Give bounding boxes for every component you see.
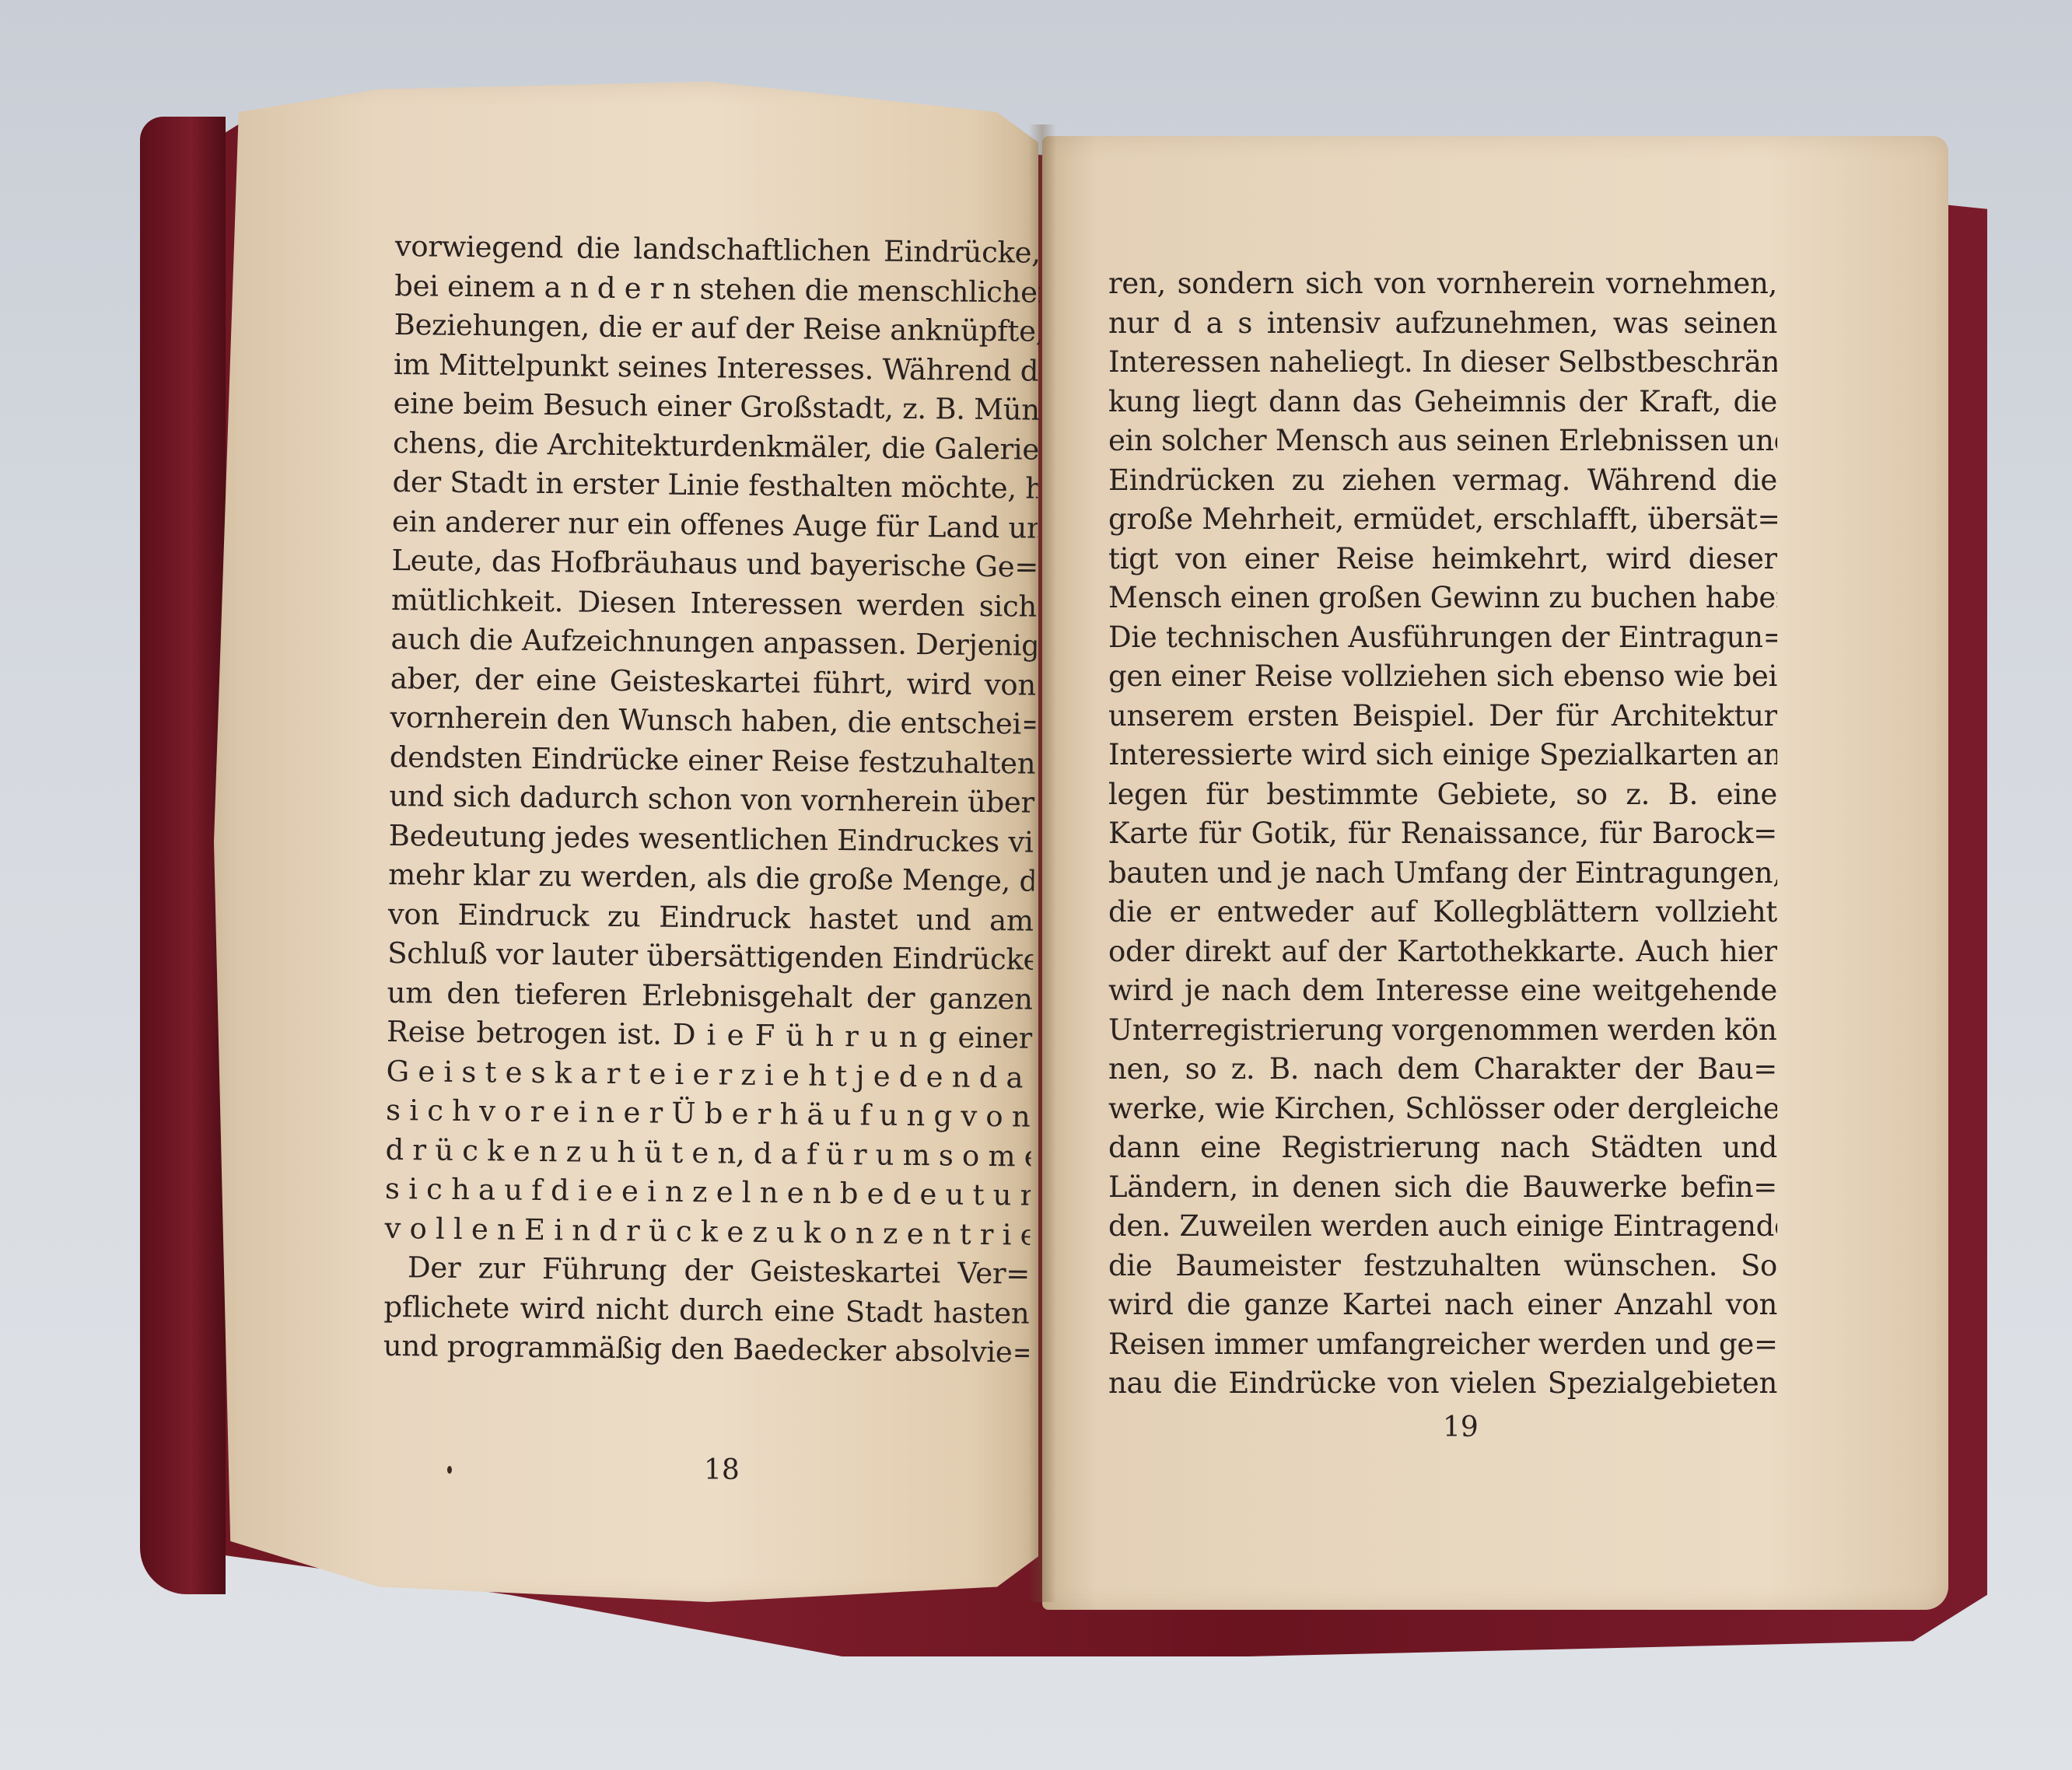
page-number-right: 19 — [1443, 1411, 1479, 1443]
open-book-photo: vorwiegend die landschaftlichen Eindrück… — [0, 0, 2072, 1770]
text-line: Interessen naheliegt. In dieser Selbstbe… — [1108, 343, 1777, 383]
cover-edge-left — [140, 117, 226, 1594]
text-line: gen einer Reise vollziehen sich ebenso w… — [1108, 657, 1777, 697]
left-page-text: vorwiegend die landschaftlichen Eindrück… — [383, 227, 1041, 1373]
text-line: Reise betrogen ist. D i e F ü h r u n g … — [387, 1013, 1032, 1058]
text-line: große Mehrheit, ermüdet, erschlafft, übe… — [1108, 500, 1777, 540]
text-line: legen für bestimmte Gebiete, so z. B. ei… — [1108, 775, 1777, 815]
text-line: Leute, das Hofbräuhaus und bayerische Ge… — [391, 541, 1037, 587]
text-line: oder direkt auf der Kartothekkarte. Auch… — [1108, 932, 1777, 972]
text-line: die er entweder auf Kollegblättern vollz… — [1108, 893, 1777, 932]
text-line: Bedeutung jedes wesentlichen Eindruckes … — [389, 816, 1034, 862]
text-line: Interessierte wird sich einige Spezialka… — [1108, 736, 1777, 775]
text-line: ein anderer nur ein offenes Auge für Lan… — [392, 502, 1038, 547]
text-line: Ländern, in denen sich die Bauwerke befi… — [1108, 1168, 1777, 1208]
text-line: mütlichkeit. Diesen Interessen werden si… — [391, 580, 1037, 626]
text-line: dann eine Registrierung nach Städten und — [1108, 1128, 1777, 1168]
text-line: bei einem a n d e r n stehen die menschl… — [394, 266, 1040, 312]
text-line: nau die Eindrücke von vielen Spezialgebi… — [1108, 1364, 1777, 1404]
text-line: Mensch einen großen Gewinn zu buchen hab… — [1108, 579, 1777, 618]
text-line: nen, so z. B. nach dem Charakter der Bau… — [1108, 1050, 1777, 1090]
text-line: im Mittelpunkt seines Interesses. Währen… — [394, 345, 1039, 390]
text-line: Karte für Gotik, für Renaissance, für Ba… — [1108, 814, 1777, 854]
text-line: Die technischen Ausführungen der Eintrag… — [1108, 618, 1777, 658]
text-line: Beziehungen, die er auf der Reise anknüp… — [394, 306, 1039, 352]
text-line: wird die ganze Kartei nach einer Anzahl … — [1108, 1286, 1777, 1325]
text-line: d r ü c k e n z u h ü t e n, d a f ü r u… — [385, 1130, 1031, 1176]
text-line: nur d a s intensiv aufzunehmen, was sein… — [1108, 304, 1777, 344]
text-line: tigt von einer Reise heimkehrt, wird die… — [1108, 540, 1777, 579]
text-line: v o l l e n E i n d r ü c k e z u k o n … — [384, 1209, 1030, 1254]
text-line: und programmäßig den Baedecker absolvie= — [383, 1327, 1029, 1373]
text-line: kung liegt dann das Geheimnis der Kraft,… — [1108, 383, 1777, 422]
text-line: der Stadt in erster Linie festhalten möc… — [392, 463, 1038, 509]
text-line: Unterregistrierung vorgenommen werden kö… — [1108, 1011, 1777, 1051]
text-line: vornherein den Wunsch haben, die entsche… — [390, 698, 1035, 744]
text-line: bauten und je nach Umfang der Eintragung… — [1108, 854, 1777, 894]
text-line: mehr klar zu werden, als die große Menge… — [388, 855, 1034, 901]
text-line: pflichete wird nicht durch eine Stadt ha… — [383, 1287, 1029, 1333]
text-line: G e i s t e s k a r t e i e r z i e h t … — [386, 1051, 1031, 1097]
text-line: Eindrücken zu ziehen vermag. Während die — [1108, 461, 1777, 501]
text-line: Schluß vor lauter übersättigenden Eindrü… — [387, 934, 1033, 980]
text-line: unserem ersten Beispiel. Der für Archite… — [1108, 697, 1777, 736]
text-line: von Eindruck zu Eindruck hastet und am — [387, 894, 1033, 940]
right-page-text: ren, sondern sich von vornherein vornehm… — [1108, 264, 1777, 1404]
text-line: auch die Aufzeichnungen anpassen. Derjen… — [390, 620, 1036, 666]
text-line: wird je nach dem Interesse eine weitgehe… — [1108, 971, 1777, 1011]
text-line: dendsten Eindrücke einer Reise festzuhal… — [390, 737, 1035, 783]
text-line: ren, sondern sich von vornherein vornehm… — [1108, 264, 1777, 304]
page-number-left: 18 — [704, 1454, 740, 1486]
text-line: Der zur Führung der Geisteskartei Ver= — [384, 1248, 1030, 1294]
text-line: chens, die Architekturdenkmäler, die Gal… — [393, 423, 1038, 469]
text-line: aber, der eine Geisteskartei führt, wird… — [390, 659, 1036, 705]
text-line: die Baumeister festzuhalten wünschen. So — [1108, 1247, 1777, 1286]
text-line: ein solcher Mensch aus seinen Erlebnisse… — [1108, 422, 1777, 461]
text-line: s i c h a u f d i e e i n z e l n e n b … — [385, 1170, 1031, 1216]
text-line: und sich dadurch schon von vornherein üb… — [389, 777, 1034, 823]
paper-speck — [447, 1466, 452, 1474]
text-line: um den tieferen Erlebnisgehalt der ganze… — [387, 973, 1032, 1019]
text-line: eine beim Besuch einer Großstadt, z. B. … — [393, 384, 1038, 430]
text-line: vorwiegend die landschaftlichen Eindrück… — [394, 227, 1040, 273]
text-line: werke, wie Kirchen, Schlösser oder dergl… — [1108, 1090, 1777, 1129]
text-line: den. Zuweilen werden auch einige Eintrag… — [1108, 1207, 1777, 1247]
text-line: Reisen immer umfangreicher werden und ge… — [1108, 1325, 1777, 1365]
text-line: s i c h v o r e i n e r Ü b e r h ä u f … — [386, 1091, 1031, 1137]
